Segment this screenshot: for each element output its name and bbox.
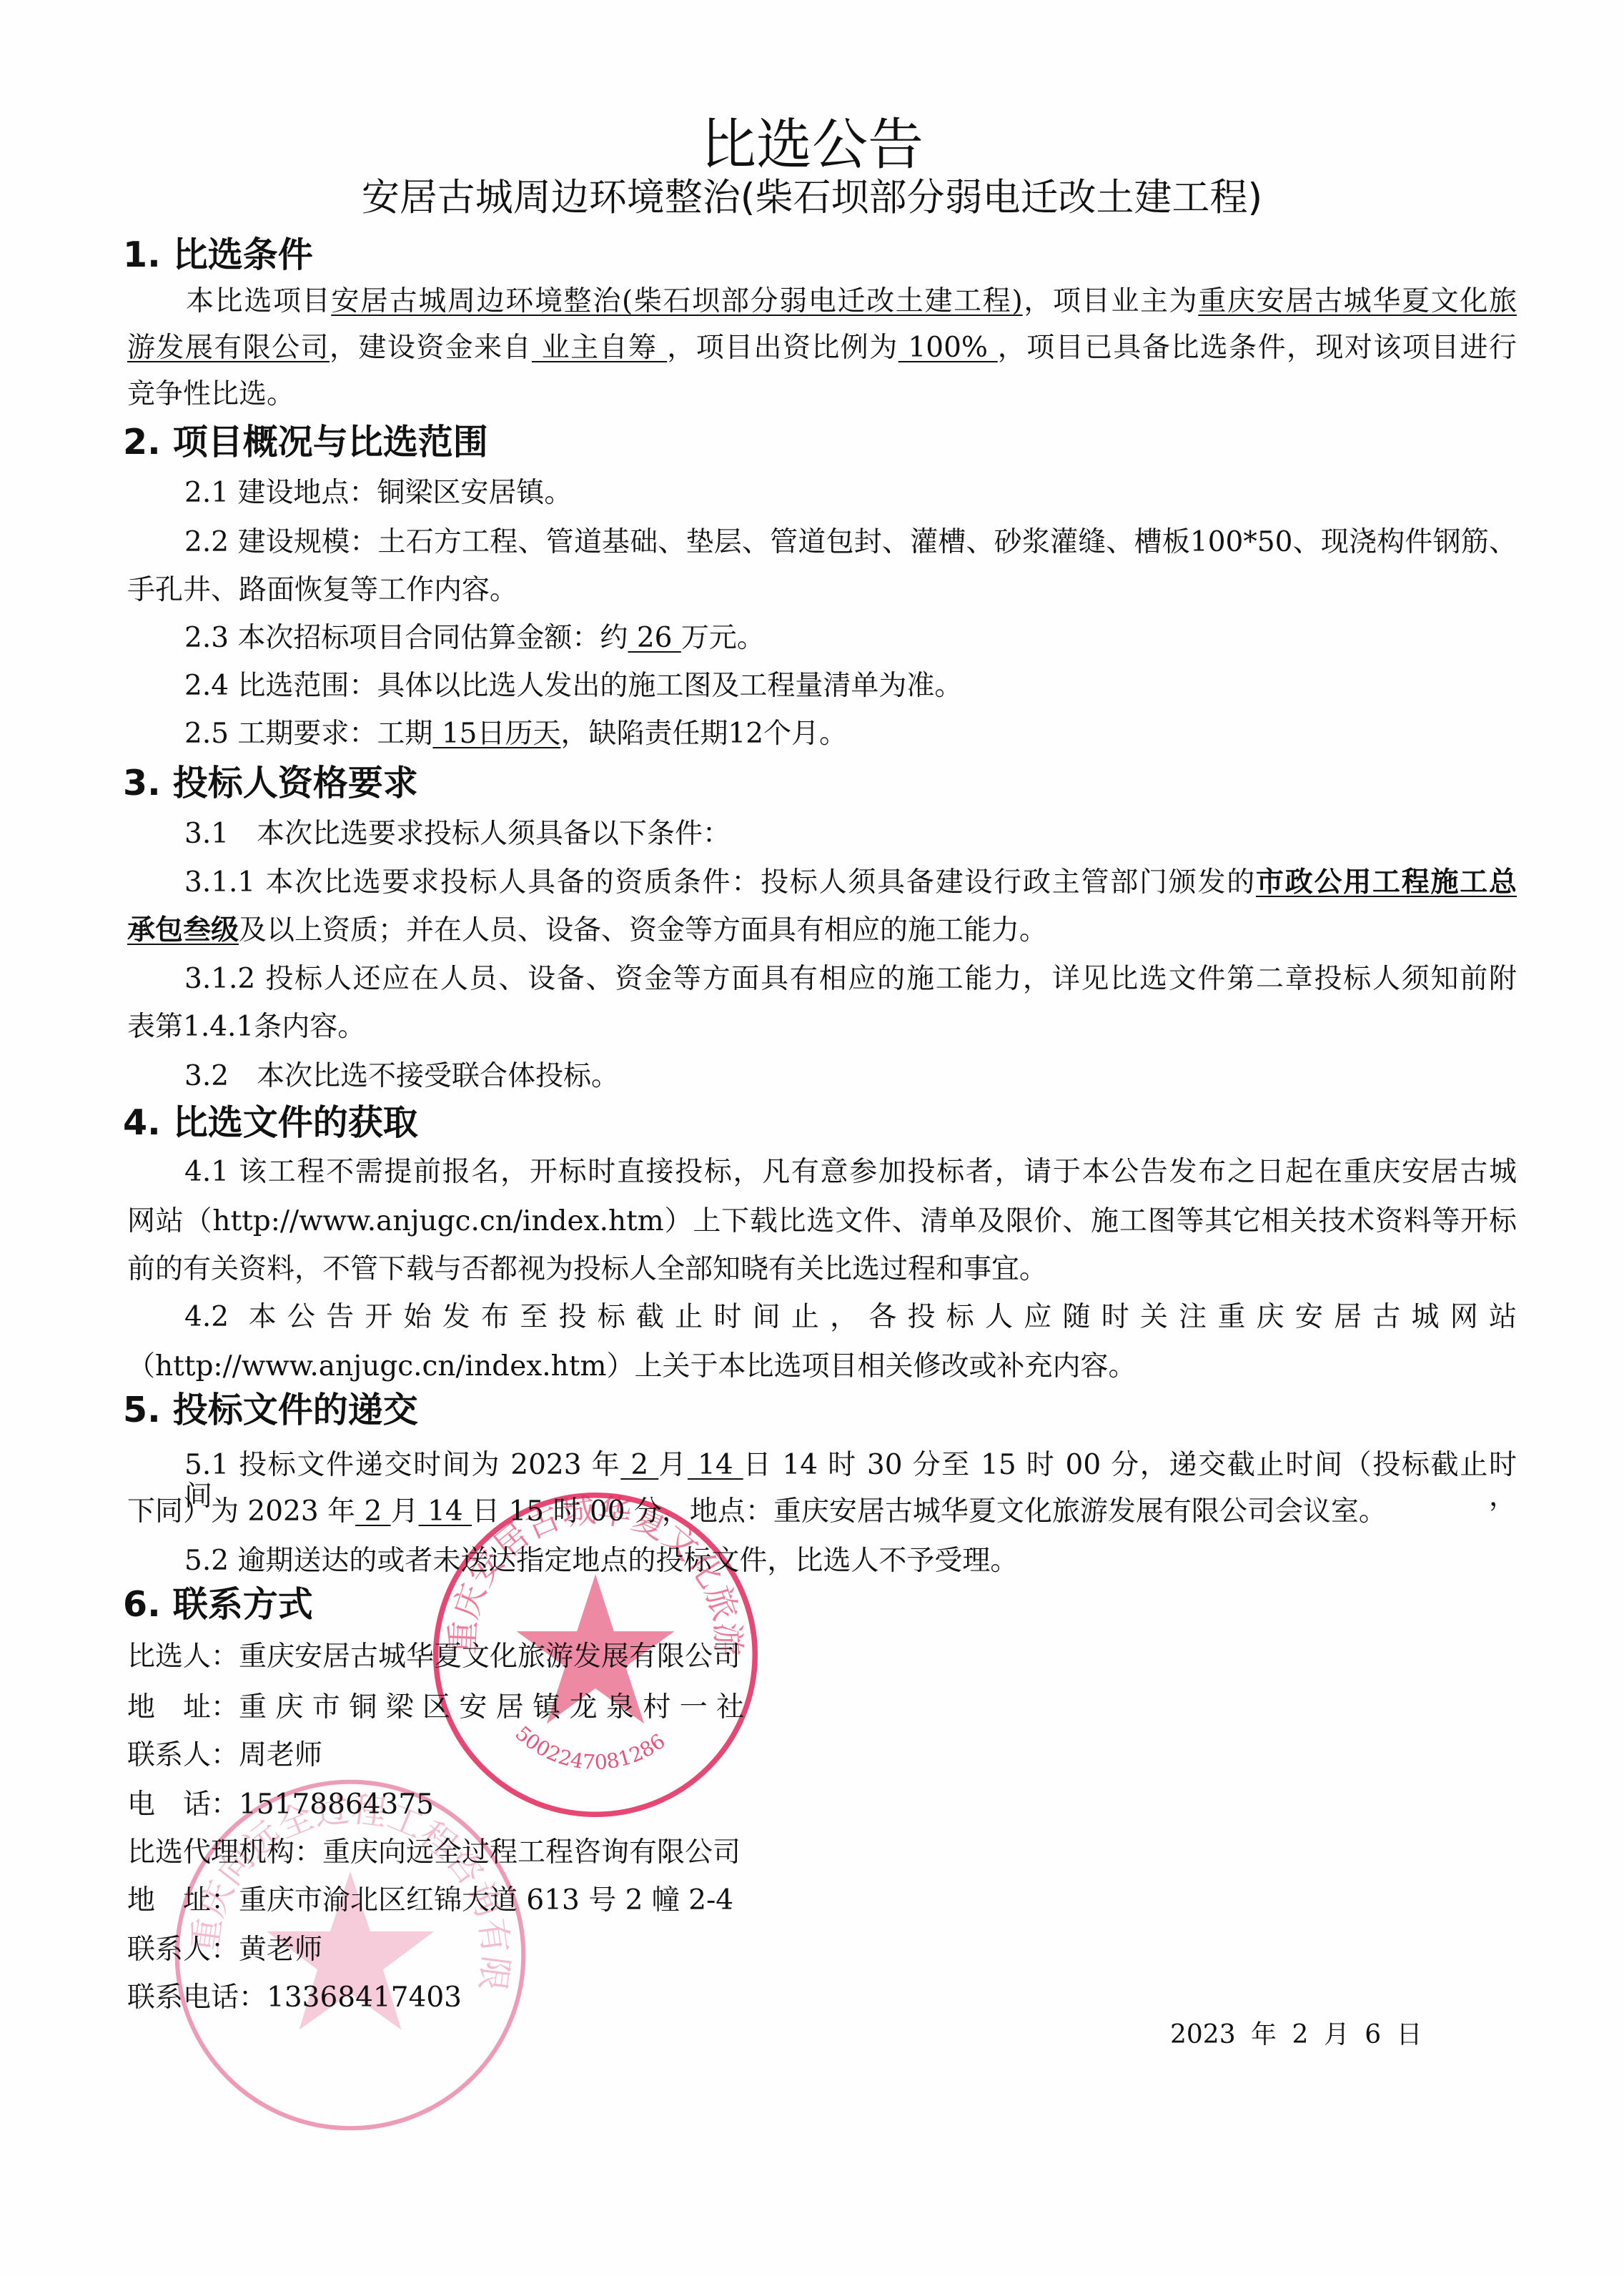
value: 周老师 <box>239 1739 322 1771</box>
item-2-4: 2.4 比选范围：具体以比选人发出的施工图及工程量清单为准。 <box>184 671 1517 702</box>
text: 万元。 <box>681 622 765 654</box>
item-4-1-cont2: 前的有关资料，不管下载与否都视为投标人全部知晓有关比选过程和事宜。 <box>127 1254 1517 1285</box>
item-5-1-cont: 下同）为 2023 年 2 月 14 日 15 时 00 分，地点：重庆安居古城… <box>127 1496 1517 1528</box>
section-heading-3: 3. 投标人资格要求 <box>123 764 418 803</box>
item-5-2: 5.2 逾期送达的或者未送达指定地点的投标文件，比选人不予受理。 <box>184 1545 1517 1577</box>
owner-name-cont: 游发展有限公司 <box>127 332 330 364</box>
text: 下同）为 2023 年 <box>127 1495 355 1528</box>
contact-bidder-person: 联系人：周老师 <box>127 1740 322 1771</box>
value: 黄老师 <box>239 1934 322 1966</box>
item-5-1: 5.1 投标文件递交时间为 2023 年 2 月 14 日 14 时 30 分至… <box>184 1450 1517 1481</box>
value: 13368417403 <box>267 1981 462 2014</box>
estimated-amount: 26 <box>628 622 680 654</box>
contact-agency-person: 联系人：黄老师 <box>127 1934 322 1966</box>
text: ，缺陷责任期12个月。 <box>560 718 847 750</box>
text: 月 <box>391 1495 419 1528</box>
label: 联系电话： <box>127 1982 267 2014</box>
item-2-3: 2.3 本次招标项目合同估算金额：约 26 万元。 <box>184 623 1517 654</box>
text: 5.1 投标文件递交时间为 2023 年 <box>184 1449 620 1481</box>
label: 联系人： <box>127 1934 239 1966</box>
paragraph-line: 游发展有限公司，建设资金来自 业主自筹 ，项目出资比例为 100% ，项目已具备… <box>127 332 1517 364</box>
item-3-1-2: 3.1.2 投标人还应在人员、设备、资金等方面具有相应的施工能力，详见比选文件第… <box>184 964 1517 995</box>
page-title: 比选公告 <box>0 114 1624 176</box>
text: ，项目出资比例为 <box>667 332 898 364</box>
month: 2 <box>355 1495 391 1528</box>
text: 日 15 时 00 分，地点：重庆安居古城华夏文化旅游发展有限公司会议室。 <box>472 1495 1387 1528</box>
qualification-cont: 承包叁级 <box>127 914 239 946</box>
paragraph-line: 竞争性比选。 <box>127 379 1517 410</box>
item-3-1-1: 3.1.1 本次比选要求投标人具备的资质条件：投标人须具备建设行政主管部门颁发的… <box>184 866 1517 898</box>
label: 地 址： <box>127 1885 239 1916</box>
item-2-5: 2.5 工期要求：工期 15日历天，缺陷责任期12个月。 <box>184 718 1517 750</box>
section-heading-4: 4. 比选文件的获取 <box>123 1104 418 1142</box>
section-heading-1: 1. 比选条件 <box>123 236 313 274</box>
label: 联系人： <box>127 1740 239 1771</box>
paragraph-line: 本比选项目安居古城周边环境整治(柴石坝部分弱电迁改土建工程)，项目业主为重庆安居… <box>186 286 1517 317</box>
qualification: 市政公用工程施工总 <box>1256 866 1517 899</box>
announcement-page: 重庆安居古城华夏文化旅游发展有限公司 5002247081286 重庆向远全过程… <box>0 0 1624 2276</box>
text: ，建设资金来自 <box>330 332 532 364</box>
label: 地 址： <box>127 1692 239 1723</box>
item-4-1: 4.1 该工程不需提前报名，开标时直接投标，凡有意参加投标者，请于本公告发布之日… <box>184 1157 1517 1188</box>
funding-source: 业主自筹 <box>532 332 667 364</box>
funding-ratio: 100% <box>898 332 998 364</box>
svg-text:5002247081286: 5002247081286 <box>510 1721 669 1774</box>
value: 15178864375 <box>239 1788 434 1821</box>
label: 比选代理机构： <box>127 1837 322 1869</box>
section-heading-2: 2. 项目概况与比选范围 <box>123 423 488 462</box>
owner-name: 重庆安居古城华夏文化旅 <box>1198 285 1517 317</box>
month: 2 <box>620 1449 658 1481</box>
value: 重庆向远全过程工程咨询有限公司 <box>322 1836 741 1869</box>
item-4-2: 4.2 本公告开始发布至投标截止时间止，各投标人应随时关注重庆安居古城网站 <box>184 1302 1517 1333</box>
text: 月 <box>658 1449 688 1481</box>
section-heading-6: 6. 联系方式 <box>123 1585 313 1624</box>
text: ，项目已具备比选条件，现对该项目进行 <box>998 332 1517 364</box>
project-name: 安居古城周边环境整治(柴石坝部分弱电迁改土建工程) <box>331 285 1022 317</box>
contact-agency: 比选代理机构：重庆向远全过程工程咨询有限公司 <box>127 1837 741 1869</box>
contact-bidder-phone: 电 话：15178864375 <box>127 1789 434 1821</box>
value: 重庆市渝北区红锦大道 613 号 2 幢 2-4 <box>239 1884 733 1916</box>
text: 本比选项目 <box>186 285 331 317</box>
construction-period: 15日历天 <box>432 718 560 750</box>
item-2-1: 2.1 建设地点：铜梁区安居镇。 <box>184 478 1517 509</box>
contact-bidder: 比选人：重庆安居古城华夏文化旅游发展有限公司 <box>127 1641 741 1673</box>
issue-date: 2023 年 2 月 6 日 <box>1170 2020 1422 2050</box>
item-3-1-1-cont: 承包叁级及以上资质；并在人员、设备、资金等方面具有相应的施工能力。 <box>127 914 1517 946</box>
item-3-1: 3.1 本次比选要求投标人须具备以下条件： <box>184 818 1517 850</box>
item-3-2: 3.2 本次比选不接受联合体投标。 <box>184 1061 1517 1092</box>
contact-agency-address: 地 址：重庆市渝北区红锦大道 613 号 2 幢 2-4 <box>127 1885 733 1916</box>
item-2-2: 2.2 建设规模：土石方工程、管道基础、垫层、管道包封、灌槽、砂浆灌缝、槽板10… <box>184 527 1517 558</box>
contact-agency-phone: 联系电话：13368417403 <box>127 1982 462 2014</box>
text: 3.1.1 本次比选要求投标人具备的资质条件：投标人须具备建设行政主管部门颁发的 <box>184 866 1256 899</box>
project-subtitle: 安居古城周边环境整治(柴石坝部分弱电迁改土建工程) <box>0 176 1624 220</box>
text: 2.3 本次招标项目合同估算金额：约 <box>184 622 628 654</box>
text: 2.5 工期要求：工期 <box>184 718 432 750</box>
text: 及以上资质；并在人员、设备、资金等方面具有相应的施工能力。 <box>239 914 1047 946</box>
contact-bidder-address: 地 址：重 庆 市 铜 梁 区 安 居 镇 龙 泉 村 一 社 <box>127 1692 744 1723</box>
label: 电 话： <box>127 1789 239 1821</box>
text: ，项目业主为 <box>1023 285 1199 317</box>
value: 重庆安居古城华夏文化旅游发展有限公司 <box>239 1641 741 1673</box>
item-4-2-cont: （http://www.anjugc.cn/index.htm）上关于本比选项目… <box>127 1351 1517 1382</box>
day: 14 <box>419 1495 472 1528</box>
item-2-2-cont: 手孔井、路面恢复等工作内容。 <box>127 575 1517 606</box>
value: 重 庆 市 铜 梁 区 安 居 镇 龙 泉 村 一 社 <box>239 1691 744 1723</box>
day: 14 <box>688 1449 743 1481</box>
item-4-1-cont: 网站（http://www.anjugc.cn/index.htm）上下载比选文… <box>127 1206 1517 1237</box>
section-heading-5: 5. 投标文件的递交 <box>123 1391 418 1430</box>
item-3-1-2-cont: 表第1.4.1条内容。 <box>127 1011 1517 1043</box>
label: 比选人： <box>127 1641 239 1673</box>
